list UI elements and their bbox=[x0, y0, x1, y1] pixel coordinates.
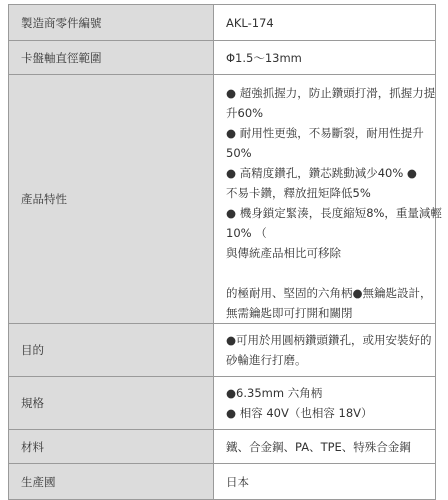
row-value-material: 鐵、合金鋼、PA、TPE、特殊合金鋼 bbox=[214, 430, 436, 464]
row-label-purpose: 目的 bbox=[9, 324, 214, 377]
row-value-country: 日本 bbox=[214, 464, 436, 488]
row-value-specs: ●6.35mm 六角柄 ● 相容 40V（也相容 18V） bbox=[214, 377, 436, 430]
table-row: 製造商零件編號 AKL-174 bbox=[9, 5, 436, 41]
row-value-purpose: ●可用於用圓柄鑽頭鑽孔，或用安裝好的 砂輪進行打磨。 bbox=[214, 324, 436, 377]
table-row: 生產國 日本 bbox=[9, 464, 436, 488]
row-label-features: 產品特性 bbox=[9, 75, 214, 324]
row-value-part-number: AKL-174 bbox=[214, 5, 436, 41]
table-row: 產品特性 ● 超強抓握力，防止鑽頭打滑，抓握力提 升60% ● 耐用性更強，不易… bbox=[9, 75, 436, 324]
row-label-material: 材料 bbox=[9, 430, 214, 464]
table-row: 目的 ●可用於用圓柄鑽頭鑽孔，或用安裝好的 砂輪進行打磨。 bbox=[9, 324, 436, 377]
row-label-country: 生產國 bbox=[9, 464, 214, 488]
table-row: 規格 ●6.35mm 六角柄 ● 相容 40V（也相容 18V） bbox=[9, 377, 436, 430]
row-label-part-number: 製造商零件編號 bbox=[9, 5, 214, 41]
table-row: 卡盤軸直徑範圍 Φ1.5～13mm bbox=[9, 41, 436, 75]
row-label-specs: 規格 bbox=[9, 377, 214, 430]
table-row: 材料 鐵、合金鋼、PA、TPE、特殊合金鋼 bbox=[9, 430, 436, 464]
row-value-chuck-range: Φ1.5～13mm bbox=[214, 41, 436, 75]
row-value-features: ● 超強抓握力，防止鑽頭打滑，抓握力提 升60% ● 耐用性更強，不易斷裂，耐用… bbox=[214, 75, 436, 324]
blank-line bbox=[226, 263, 423, 283]
row-label-chuck-range: 卡盤軸直徑範圍 bbox=[9, 41, 214, 75]
product-spec-table: 製造商零件編號 AKL-174 卡盤軸直徑範圍 Φ1.5～13mm 產品特性 ●… bbox=[8, 4, 436, 487]
